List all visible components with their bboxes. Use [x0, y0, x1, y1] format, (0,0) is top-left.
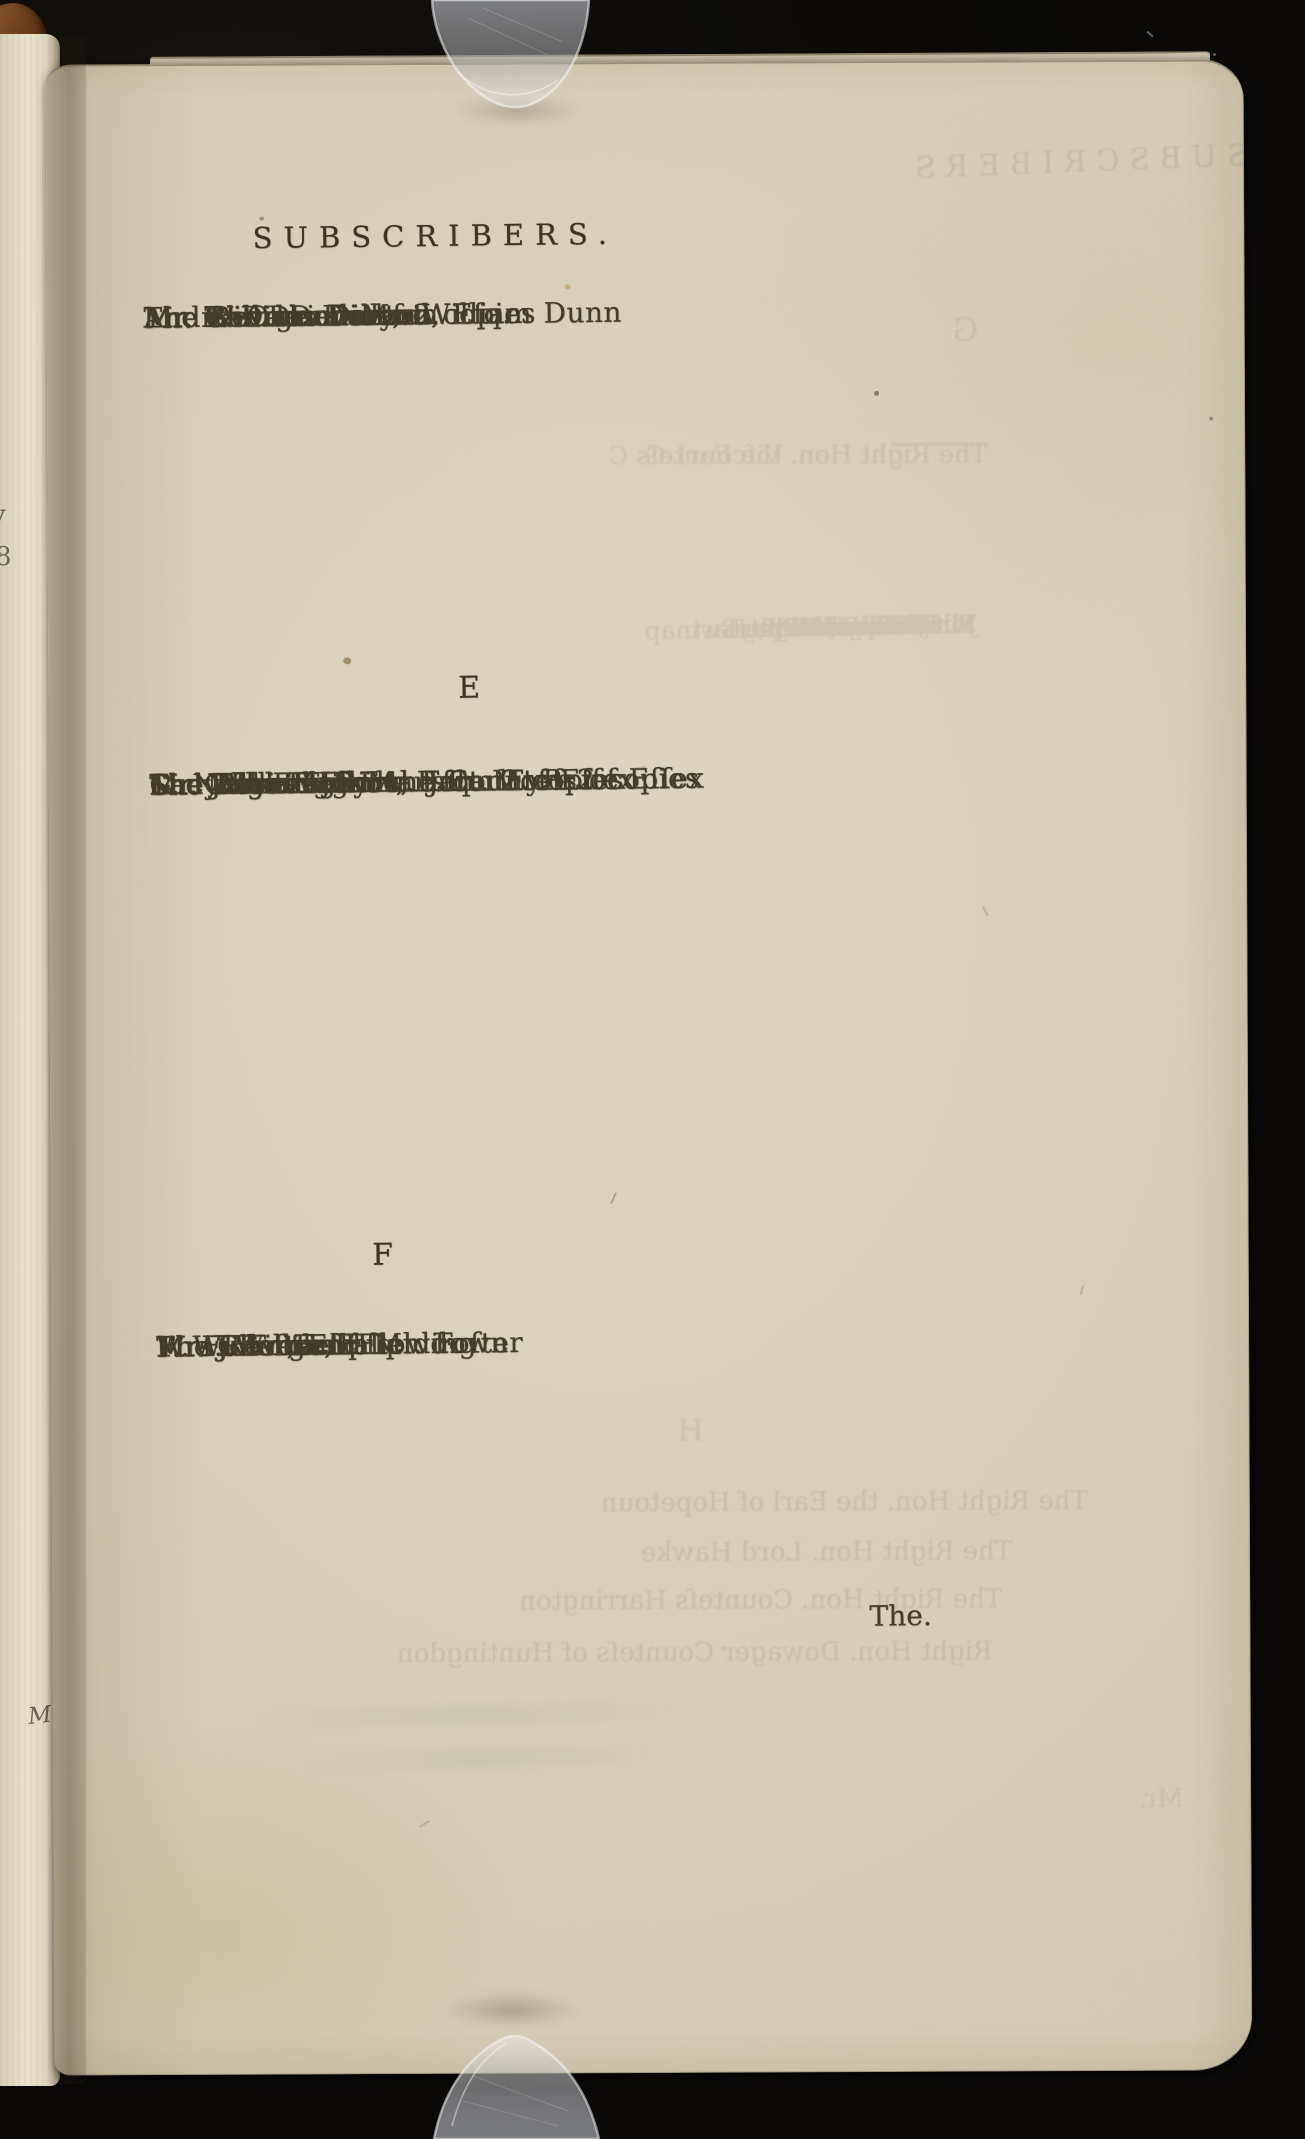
paper-speck	[874, 391, 879, 396]
subscriber-entry: W. Fuller, Eſq.	[156, 1326, 367, 1367]
page-heading: SUBSCRIBERS.	[252, 217, 618, 255]
edge-text-fragment: 8	[0, 542, 12, 572]
subscriber-entry: The Reverend Mr. William Dunn	[143, 294, 622, 339]
dust-fleck	[1146, 31, 1153, 38]
edge-text-fragment: y	[0, 500, 6, 530]
paper-speck	[343, 657, 351, 664]
gutter-shadow	[44, 36, 86, 2084]
print-layer: SUBSCRIBERS. Mr. William Denton Mr. T. D…	[46, 59, 1253, 2075]
paper-speck	[259, 217, 264, 221]
paper-speck	[565, 284, 571, 289]
paper-speck	[1209, 417, 1213, 421]
clip-shadow	[442, 1992, 582, 2028]
subscriber-entry: Mr. John Elgar	[149, 764, 367, 805]
section-letter-f: F	[372, 1238, 393, 1273]
clip-shadow	[452, 94, 582, 126]
scan-stage: y 8 Mr. SUBSCRIBERS G The Right Hon. the…	[0, 0, 1305, 2139]
section-letter-e: E	[458, 670, 480, 705]
catchword: The.	[869, 1599, 932, 1633]
dust-fleck	[1213, 53, 1216, 56]
book-page: SUBSCRIBERS G The Right Hon. the E The R…	[46, 59, 1253, 2075]
